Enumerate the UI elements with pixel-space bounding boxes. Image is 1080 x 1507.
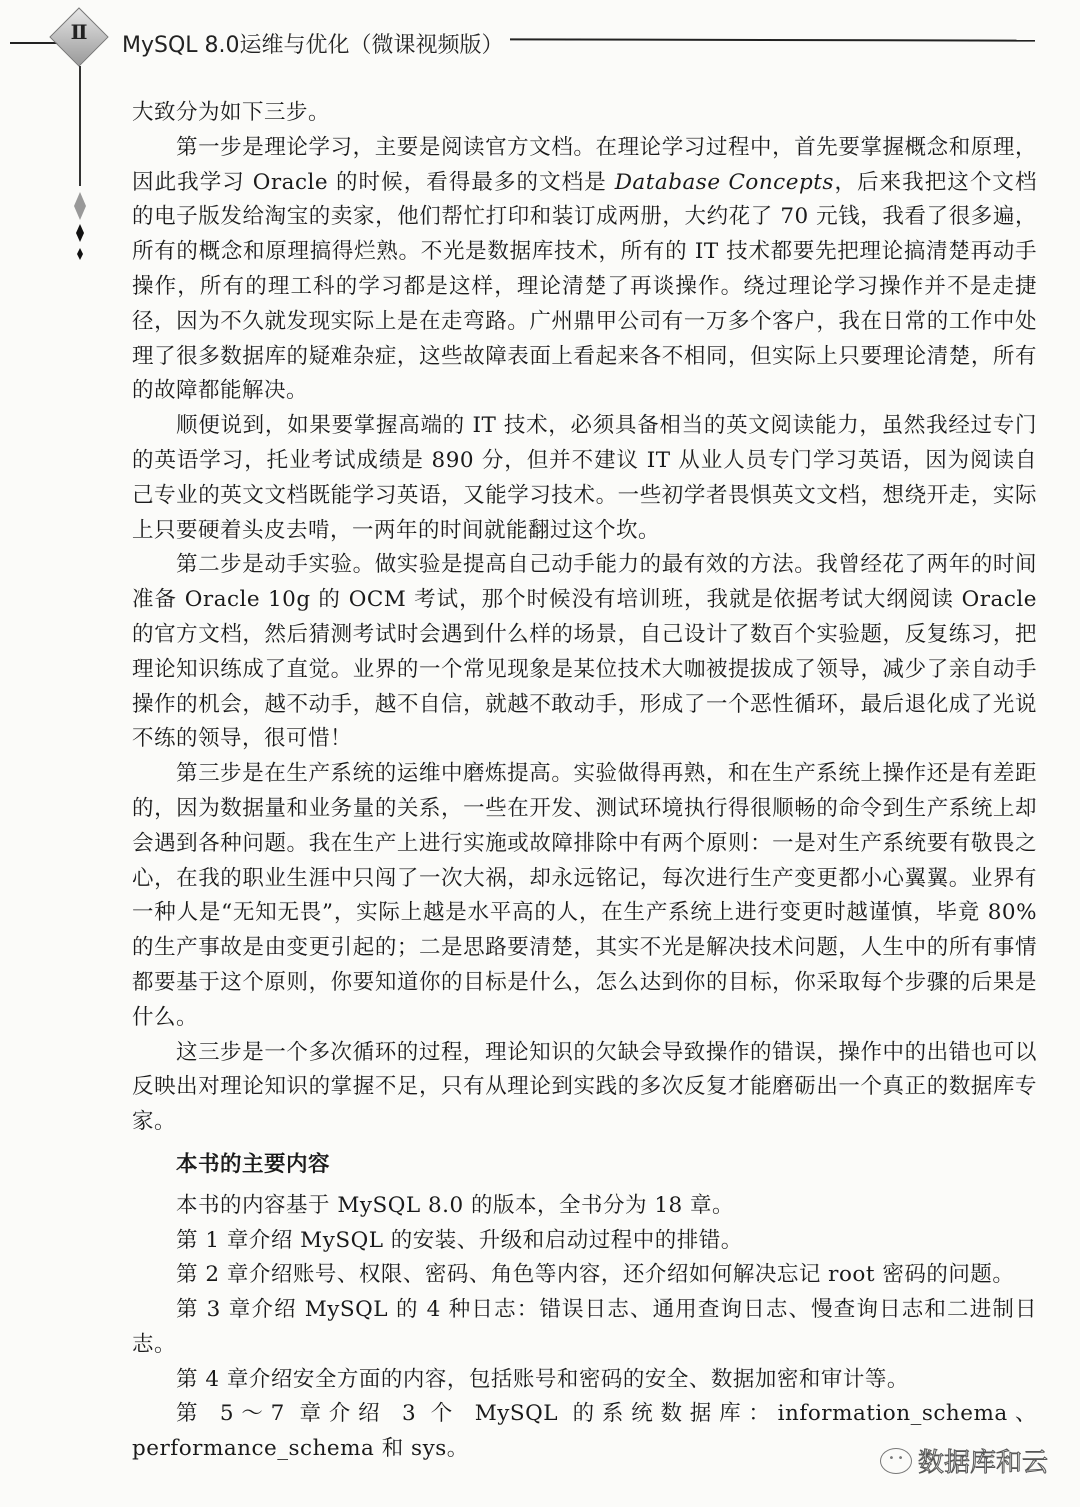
margin-vertical-rule xyxy=(79,66,81,186)
contents-item: 第 3 章介绍 MySQL 的 4 种日志：错误日志、通用查询日志、慢查询日志和… xyxy=(132,1293,1037,1363)
contents-item: 本书的内容基于 MySQL 8.0 的版本，全书分为 18 章。 xyxy=(132,1189,1037,1224)
doc-title: Database Concepts xyxy=(615,170,834,195)
watermark: • • 数据库和云 xyxy=(880,1442,1048,1479)
paragraph-intro: 大致分为如下三步。 xyxy=(132,96,1037,131)
paragraph-step1: 第一步是理论学习，主要是阅读官方文档。在理论学习过程中，首先要掌握概念和原理，因… xyxy=(132,131,1037,409)
paragraph-cycle: 这三步是一个多次循环的过程，理论知识的欠缺会导致操作的错误，操作中的出错也可以反… xyxy=(132,1036,1037,1140)
ornament-diamond-icon xyxy=(77,248,83,260)
contents-item: 第 2 章介绍账号、权限、密码、角色等内容，还介绍如何解决忘记 root 密码的… xyxy=(132,1258,1037,1293)
header-rule-right xyxy=(510,38,1035,41)
paragraph-english: 顺便说到，如果要掌握高端的 IT 技术，必须具备相当的英文阅读能力，虽然我经过专… xyxy=(132,409,1037,548)
paragraph-step2: 第二步是动手实验。做实验是提高自己动手能力的最有效的方法。我曾经花了两年的时间准… xyxy=(132,548,1037,757)
contents-item: 第 1 章介绍 MySQL 的安装、升级和启动过程中的排错。 xyxy=(132,1224,1037,1259)
page-number: Ⅱ xyxy=(58,20,100,44)
header-rule-left xyxy=(10,42,58,44)
section-heading: 本书的主要内容 xyxy=(132,1148,1037,1183)
paragraph-step3: 第三步是在生产系统的运维中磨炼提高。实验做得再熟，和在生产系统上操作还是有差距的… xyxy=(132,757,1037,1035)
text-span: ，后来我把这个文档的电子版发给淘宝的卖家，他们帮忙打印和装订成两册，大约花了 7… xyxy=(132,170,1037,404)
running-header-title: MySQL 8.0运维与优化（微课视频版） xyxy=(122,28,504,59)
watermark-text: 数据库和云 xyxy=(918,1442,1048,1479)
contents-item: 第 4 章介绍安全方面的内容，包括账号和密码的安全、数据加密和审计等。 xyxy=(132,1363,1037,1398)
page-body: 大致分为如下三步。 第一步是理论学习，主要是阅读官方文档。在理论学习过程中，首先… xyxy=(132,96,1037,1467)
chat-bubble-icon: • • xyxy=(880,1448,912,1474)
ornament-diamond-icon xyxy=(76,224,84,242)
ornament-diamond-icon xyxy=(74,192,86,220)
